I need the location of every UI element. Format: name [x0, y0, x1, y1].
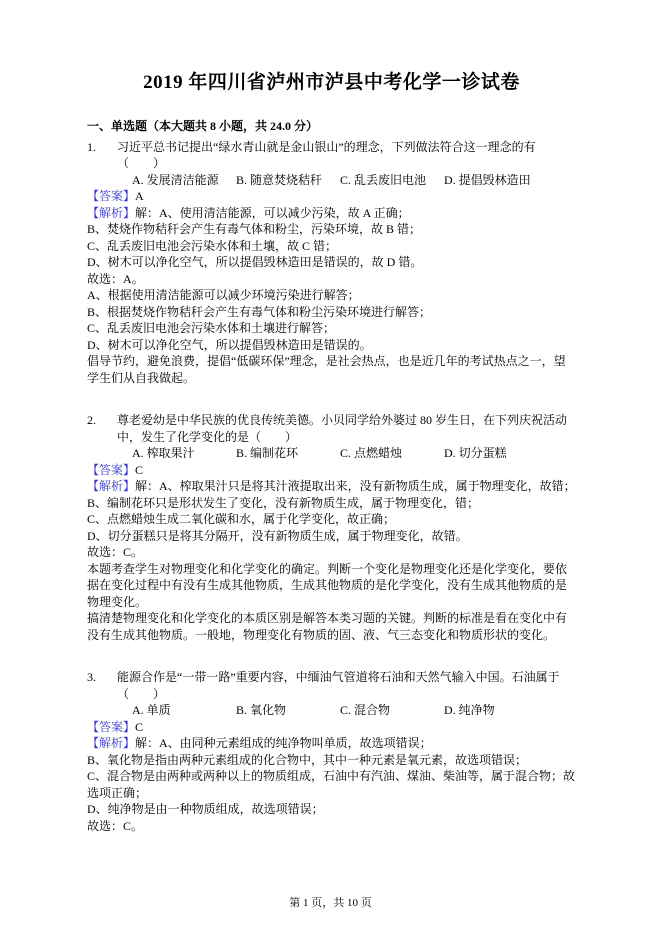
- question-1-answer-value: A: [135, 189, 144, 203]
- analysis-label: 【解析】: [87, 479, 135, 493]
- question-1-analysis-line-1: 【解析】解：A、使用清洁能源，可以减少污染，故 A 正确；: [87, 205, 576, 222]
- question-2-options-row: A. 榨取果汁 B. 编制花环 C. 点燃蜡烛 D. 切分蛋糕: [132, 445, 576, 462]
- question-2-number: 2.: [87, 412, 117, 445]
- question-3-analysis-text: 解：A、由同种元素组成的纯净物叫单质，故选项错误；: [135, 736, 432, 750]
- question-1-option-c: C. 乱丢废旧电池: [340, 172, 444, 189]
- question-3-analysis-line-3: C、混合物是由两种或两种以上的物质组成，石油中有汽油、煤油、柴油等，属于混合物；…: [87, 768, 576, 801]
- question-3-analysis-line-1: 【解析】解：A、由同种元素组成的纯净物叫单质，故选项错误；: [87, 735, 576, 752]
- question-1-analysis-line-5: 故选：A。: [87, 271, 576, 288]
- question-1-analysis-line-2: B、焚烧作物秸秆会产生有毒气体和粉尘，污染环境，故 B 错；: [87, 221, 576, 238]
- question-1-options-row: A. 发展清洁能源 B. 随意焚烧秸秆 C. 乱丢废旧电池 D. 提倡毁林造田: [132, 172, 576, 189]
- question-2-analysis-line-3: C、点燃蜡烛生成二氧化碳和水，属于化学变化，故正确；: [87, 511, 576, 528]
- question-3-analysis-line-4: D、纯净物是由一种物质组成，故选项错误；: [87, 801, 576, 818]
- question-2-analysis-line-5: 故选：C。: [87, 544, 576, 561]
- answer-label: 【答案】: [87, 189, 135, 203]
- question-1-analysis-line-9: D、树木可以净化空气，所以提倡毁林造田是错误的。: [87, 337, 576, 354]
- question-2-stem-row: 2. 尊老爱幼是中华民族的优良传统美德。小贝同学给外婆过 80 岁生日，在下列庆…: [87, 412, 576, 445]
- question-2-analysis-line-7: 搞清楚物理变化和化学变化的本质区别是解答本类习题的关键。判断的标准是看在变化中有…: [87, 610, 576, 643]
- question-1-analysis-line-4: D、树木可以净化空气，所以提倡毁林造田是错误的，故 D 错。: [87, 254, 576, 271]
- section-header: 一、单选题（本大题共 8 小题，共 24.0 分）: [87, 118, 576, 135]
- page-title: 2019 年四川省泸州市泸县中考化学一诊试卷: [87, 70, 576, 96]
- question-3-answer-line: 【答案】C: [87, 719, 576, 736]
- question-1-analysis-line-3: C、乱丢废旧电池会污染水体和土壤，故 C 错；: [87, 238, 576, 255]
- question-2-option-a: A. 榨取果汁: [132, 445, 236, 462]
- question-1-answer-line: 【答案】A: [87, 188, 576, 205]
- question-1-option-a: A. 发展清洁能源: [132, 172, 236, 189]
- question-3-option-a: A. 单质: [132, 702, 236, 719]
- question-2-answer-value: C: [135, 463, 143, 477]
- question-1-analysis-line-7: B、根据焚烧作物秸秆会产生有毒气体和粉尘污染环境进行解答；: [87, 304, 576, 321]
- answer-label: 【答案】: [87, 463, 135, 477]
- question-3-analysis-line-5: 故选：C。: [87, 818, 576, 835]
- question-3-options-row: A. 单质 B. 氧化物 C. 混合物 D. 纯净物: [132, 702, 576, 719]
- question-3-stem-row: 3. 能源合作是“一带一路”重要内容，中缅油气管道将石油和天然气输入中国。石油属…: [87, 669, 576, 702]
- analysis-label: 【解析】: [87, 206, 135, 220]
- page-footer: 第 1 页，共 10 页: [0, 895, 661, 912]
- question-3-stem: 能源合作是“一带一路”重要内容，中缅油气管道将石油和天然气输入中国。石油属于（ …: [117, 669, 572, 702]
- question-1-analysis-line-8: C、乱丢废旧电池会污染水体和土壤进行解答；: [87, 320, 576, 337]
- question-2-analysis-line-6: 本题考查学生对物理变化和化学变化的确定。判断一个变化是物理变化还是化学变化，要依…: [87, 561, 576, 611]
- question-3-option-d: D. 纯净物: [444, 702, 495, 719]
- question-1: 1. 习近平总书记提出“绿水青山就是金山银山”的理念，下列做法符合这一理念的有（…: [87, 139, 576, 387]
- question-1-analysis-text: 解：A、使用清洁能源，可以减少污染，故 A 正确；: [135, 206, 410, 220]
- question-3-number: 3.: [87, 669, 117, 702]
- question-1-option-d: D. 提倡毁林造田: [444, 172, 531, 189]
- question-2-analysis-line-2: B、编制花环只是形状发生了变化，没有新物质生成，属于物理变化，错；: [87, 495, 576, 512]
- question-2: 2. 尊老爱幼是中华民族的优良传统美德。小贝同学给外婆过 80 岁生日，在下列庆…: [87, 412, 576, 643]
- question-2-analysis-text: 解：A、榨取果汁只是将其汁液提取出来，没有新物质生成，属于物理变化，故错；: [135, 479, 576, 493]
- question-2-analysis-line-1: 【解析】解：A、榨取果汁只是将其汁液提取出来，没有新物质生成，属于物理变化，故错…: [87, 478, 576, 495]
- question-2-option-b: B. 编制花环: [236, 445, 340, 462]
- question-1-option-b: B. 随意焚烧秸秆: [236, 172, 340, 189]
- exam-document-page: 2019 年四川省泸州市泸县中考化学一诊试卷 一、单选题（本大题共 8 小题，共…: [0, 0, 661, 935]
- question-3: 3. 能源合作是“一带一路”重要内容，中缅油气管道将石油和天然气输入中国。石油属…: [87, 669, 576, 834]
- question-1-stem-row: 1. 习近平总书记提出“绿水青山就是金山银山”的理念，下列做法符合这一理念的有（…: [87, 139, 576, 172]
- question-2-stem: 尊老爱幼是中华民族的优良传统美德。小贝同学给外婆过 80 岁生日，在下列庆祝活动…: [117, 412, 572, 445]
- question-1-stem: 习近平总书记提出“绿水青山就是金山银山”的理念，下列做法符合这一理念的有（ ）: [117, 139, 572, 172]
- question-3-option-c: C. 混合物: [340, 702, 444, 719]
- question-3-analysis-line-2: B、氧化物是指由两种元素组成的化合物中，其中一种元素是氧元素，故选项错误；: [87, 752, 576, 769]
- question-2-analysis-line-4: D、切分蛋糕只是将其分隔开，没有新物质生成，属于物理变化，故错。: [87, 528, 576, 545]
- question-1-analysis-line-10: 倡导节约，避免浪费，提倡“低碳环保”理念，是社会热点，也是近几年的考试热点之一，…: [87, 353, 576, 386]
- question-2-option-d: D. 切分蛋糕: [444, 445, 507, 462]
- analysis-label: 【解析】: [87, 736, 135, 750]
- question-3-answer-value: C: [135, 720, 143, 734]
- question-1-number: 1.: [87, 139, 117, 172]
- question-2-answer-line: 【答案】C: [87, 462, 576, 479]
- answer-label: 【答案】: [87, 720, 135, 734]
- question-3-option-b: B. 氧化物: [236, 702, 340, 719]
- question-1-analysis-line-6: A、根据使用清洁能源可以减少环境污染进行解答；: [87, 287, 576, 304]
- question-2-option-c: C. 点燃蜡烛: [340, 445, 444, 462]
